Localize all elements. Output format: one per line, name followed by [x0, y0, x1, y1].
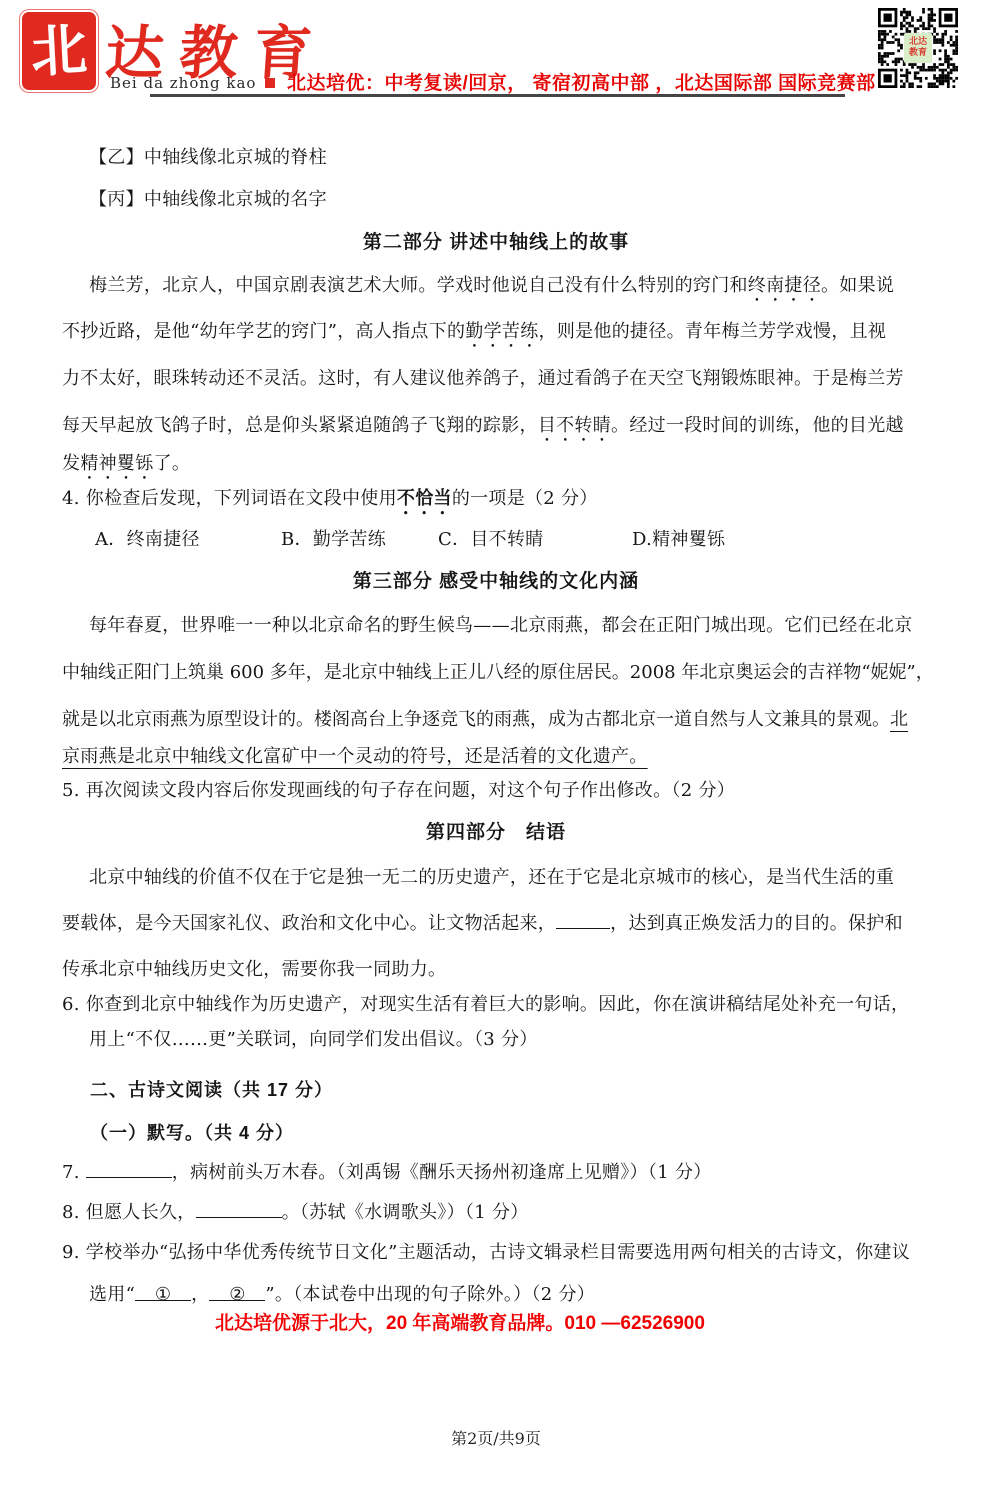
qr-label-line2: 教育	[904, 48, 932, 59]
q4-option-d: D.精神矍铄	[632, 519, 725, 561]
q9-blank-circle2: ②	[209, 1278, 265, 1301]
page-number-footer: 第2页/共9页	[0, 1426, 992, 1449]
q9-comma: ，	[191, 1284, 209, 1305]
seal-character: 北	[30, 22, 89, 81]
part4-heading: 第四部分 结语	[62, 811, 930, 855]
section2-sub1-heading: （一）默写。（共 4 分）	[62, 1118, 930, 1148]
para2-line3: 就是以北京雨燕为原型设计的。楼阁高台上争逐竞飞的雨燕，成为古都北京一道自然与人文…	[62, 696, 930, 743]
para1-line3: 力不太好，眼珠转动还不灵活。这时，有人建议他养鸽子，通过看鸽子在天空飞翔锻炼眼神…	[62, 355, 930, 402]
q9-text-b: ”。（本试卷中出现的句子除外。）（2 分）	[265, 1284, 595, 1305]
para1-line5: 发精神矍铄了。	[62, 449, 930, 479]
q9-text-a: 选用“	[89, 1284, 135, 1305]
para1-l4a: 每天早起放飞鸽子时，总是仰头紧紧追随鸽子飞翔的踪影，	[62, 415, 538, 436]
part2-heading: 第二部分 讲述中轴线上的故事	[62, 222, 930, 264]
question-9-line1: 9. 学校举办“弘扬中华优秀传统节日文化”主题活动，古诗文辑录栏目需要选用两句相…	[62, 1228, 930, 1278]
question-6-line1: 6. 你查到北京中轴线作为历史遗产，对现实生活有着巨大的影响。因此，你在演讲稿结…	[62, 992, 930, 1017]
para1-l4b: 。经过一段时间的训练，他的目光越	[611, 415, 904, 436]
red-square-marker-icon	[265, 78, 275, 88]
q4-text-a: 4. 你检查后发现，下列词语在文段中使用	[62, 488, 397, 509]
para3-l2b: ，达到真正焕发活力的目的。保护和	[610, 913, 903, 934]
para2-line2: 中轴线正阳门上筑巢 600 多年，是北京中轴线上正儿八经的原住居民。2008 年…	[62, 649, 930, 696]
qr-code: 北达 教育	[878, 8, 958, 88]
part3-heading: 第三部分 感受中轴线的文化内涵	[62, 561, 930, 603]
brand-subtitle: Bei da zhong kao	[110, 74, 275, 92]
q4-options-row: A．终南捷径B．勤学苦练C．目不转睛D.精神矍铄	[62, 519, 930, 561]
para1-l2b: ，则是他的捷径。青年梅兰芳学戏慢，且视	[539, 321, 887, 342]
question-7: 7. ，病树前头万木春。（刘禹锡《酬乐天扬州初逢席上见赠》）（1 分）	[62, 1148, 930, 1198]
q4-emphasis: 不恰当	[397, 488, 452, 509]
q8-blank-line	[196, 1201, 282, 1218]
q8-text-a: 8. 但愿人长久，	[62, 1202, 196, 1223]
para1-l1-emphasis: 终南捷径	[748, 275, 821, 296]
para3-line1: 北京中轴线的价值不仅在于它是独一无二的历史遗产，还在于它是北京城市的核心，是当代…	[62, 855, 930, 901]
question-8: 8. 但愿人长久，。（苏轼《水调歌头》）（1 分）	[62, 1198, 930, 1228]
para1-l2a: 不抄近路，是他“幼年学艺的窍门”，高人指点下的	[62, 321, 465, 342]
qr-center-label: 北达 教育	[904, 33, 932, 63]
header-tagline: 北达培优：中考复读/回京， 寄宿初高中部 ，北达国际部 国际竞赛部	[287, 68, 876, 95]
para1-l1a: 梅兰芳，北京人，中国京剧表演艺术大师。学戏时他说自己没有什么特别的窍门和	[89, 275, 748, 296]
para1-l4-emphasis: 目不转睛	[538, 415, 611, 436]
qr-label-line1: 北达	[904, 37, 932, 48]
para1-line2: 不抄近路，是他“幼年学艺的窍门”，高人指点下的勤学苦练，则是他的捷径。青年梅兰芳…	[62, 308, 930, 355]
q7-blank-line	[86, 1161, 172, 1178]
para2-line1: 每年春夏，世界唯一一种以北京命名的野生候鸟——北京雨燕，都会在正阳门城出现。它们…	[62, 603, 930, 649]
para2-l3-underlined: 北	[890, 709, 908, 730]
q4-option-c: C．目不转睛	[438, 519, 632, 561]
q4-option-b: B．勤学苦练	[281, 519, 438, 561]
para2-l3a: 就是以北京雨燕为原型设计的。楼阁高台上争逐竞飞的雨燕，成为古都北京一道自然与人文…	[62, 709, 890, 730]
q9-blank-circle1: ①	[135, 1278, 191, 1301]
para3-l2a: 要载体，是今天国家礼仪、政治和文化中心。让文物活起来，	[62, 913, 556, 934]
exam-content: 【乙】中轴线像北京城的脊柱 【丙】中轴线像北京城的名字 第二部分 讲述中轴线上的…	[62, 138, 930, 1336]
para1-l2-emphasis: 勤学苦练	[465, 321, 538, 342]
para1-l1b: 。如果说	[821, 275, 894, 296]
question-4: 4. 你检查后发现，下列词语在文段中使用不恰当的一项是（2 分）	[62, 479, 930, 519]
q4-text-b: 的一项是（2 分）	[452, 488, 598, 509]
para1-line1: 梅兰芳，北京人，中国京剧表演艺术大师。学戏时他说自己没有什么特别的窍门和终南捷径…	[62, 264, 930, 308]
brand-subtitle-text: Bei da zhong kao	[110, 74, 256, 92]
para1-line4: 每天早起放飞鸽子时，总是仰头紧紧追随鸽子飞翔的踪影，目不转睛。经过一段时间的训练…	[62, 402, 930, 449]
brand-seal-logo: 北	[22, 12, 96, 90]
question-5: 5. 再次阅读文段内容后你发现画线的句子存在问题，对这个句子作出修改。（2 分）	[62, 771, 930, 811]
fill-blank-line	[556, 912, 610, 929]
question-6-line2: 用上“不仅……更”关联词，向同学们发出倡议。（3 分）	[62, 1017, 930, 1062]
header-divider	[150, 94, 845, 97]
para2-l4-underlined: 京雨燕是北京中轴线文化富矿中一个灵动的符号，还是活着的文化遗产。	[62, 746, 648, 767]
q7-text: ，病树前头万木春。（刘禹锡《酬乐天扬州初逢席上见赠》）（1 分）	[172, 1162, 712, 1183]
bracket-item-bing: 【丙】中轴线像北京城的名字	[62, 178, 930, 222]
promo-line: 北达培优源于北大，20 年高端教育品牌。010 —62526900	[62, 1312, 930, 1336]
para3-line3: 传承北京中轴线历史文化，需要你我一同助力。	[62, 947, 930, 992]
question-9-line2: 选用“①，②”。（本试卷中出现的句子除外。）（2 分）	[62, 1278, 930, 1312]
para2-line4: 京雨燕是北京中轴线文化富矿中一个灵动的符号，还是活着的文化遗产。	[62, 743, 930, 771]
q7-number: 7.	[62, 1162, 86, 1183]
q8-text-b: 。（苏轼《水调歌头》）（1 分）	[282, 1202, 529, 1223]
section2-heading: 二、古诗文阅读（共 17 分）	[62, 1062, 930, 1118]
para1-l5a: 发	[62, 453, 80, 474]
para1-l5-emphasis: 精神矍铄	[80, 453, 153, 474]
page-header: 北 达教育 Bei da zhong kao 北达培优：中考复读/回京， 寄宿初…	[0, 0, 992, 110]
para3-line2: 要载体，是今天国家礼仪、政治和文化中心。让文物活起来，，达到真正焕发活力的目的。…	[62, 901, 930, 947]
q4-option-a: A．终南捷径	[95, 519, 281, 561]
bracket-item-yi: 【乙】中轴线像北京城的脊柱	[62, 138, 930, 178]
para1-l5b: 了。	[154, 453, 191, 474]
